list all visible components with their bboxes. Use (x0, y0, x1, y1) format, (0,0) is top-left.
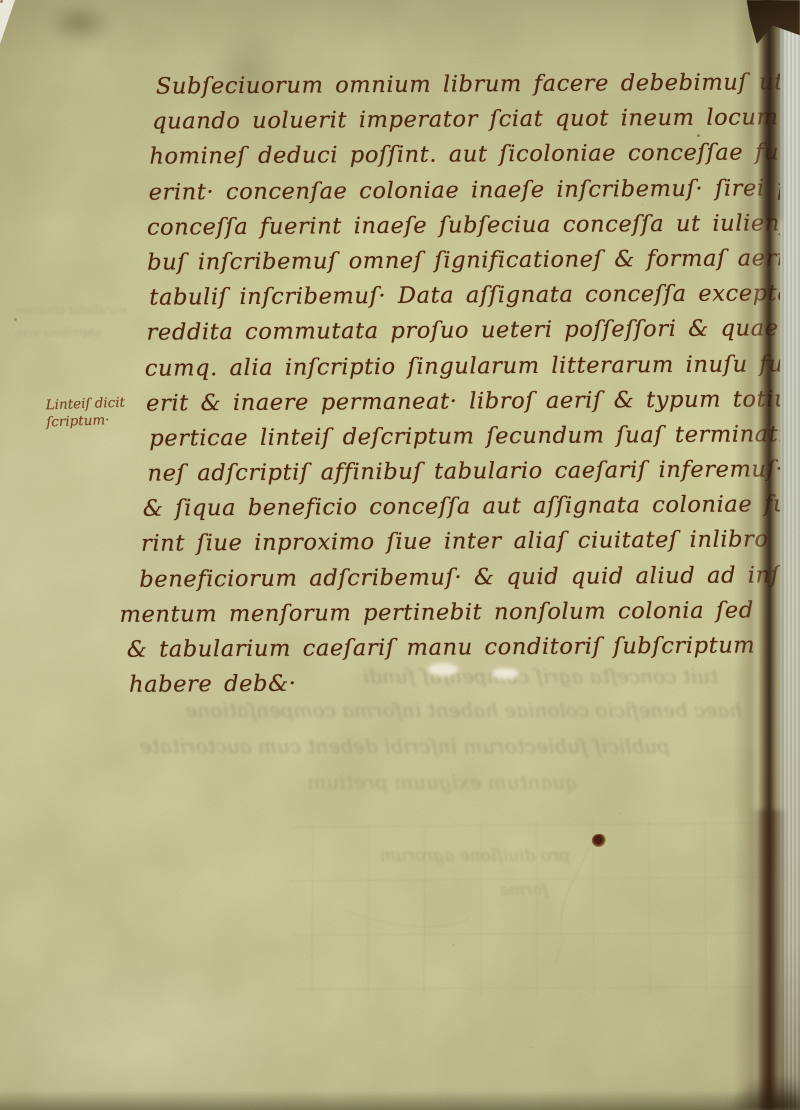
white-patch (428, 663, 458, 676)
manuscript-line: rint ſiue inproximo ſiue inter aliaſ ciu… (141, 523, 771, 563)
binding-gutter-bottom-shadow (738, 810, 790, 1110)
manuscript-line: Subſeciuorum omnium librum facere debebi… (156, 65, 768, 104)
white-patch (492, 668, 519, 679)
show-through-line: publiciſ ſubiectorum inſcribi debent cum… (200, 734, 670, 758)
manuscript-line: cumq. alia inſcriptio ſingularum littera… (145, 347, 770, 387)
grid-ghost-caption: forma (438, 880, 548, 899)
grid-ghost-diagram (285, 815, 775, 1000)
manuscript-line: & ſiqua beneficio conceſſa aut aſſignata… (143, 488, 771, 528)
bottom-edge-shadow (0, 1090, 800, 1110)
ink-specks (0, 0, 3, 3)
top-left-smudge (48, 2, 112, 44)
manuscript-line: reddita commutata proſuo ueteri poſſeſſo… (147, 312, 770, 352)
manuscript-line: neſ adſcriptiſ affinibuſ tabulario caeſa… (147, 452, 770, 492)
grid-ghost-caption: pro diuiſione agrorum (345, 846, 570, 866)
manuscript-line: quando uoluerit imperator ſciat quot ine… (152, 101, 768, 140)
manuscript-line: conceſſa fuerint inaeſe ſubſeciua conceſ… (147, 206, 769, 246)
manuscript-line: beneficiorum adſcribemuſ· & quid quid al… (139, 558, 771, 598)
manuscript-line: perticae linteiſ deſcriptum ſecundum ſua… (149, 417, 770, 457)
manuscript-line: buſ inſcribemuſ omneſ ſignificationeſ & … (147, 241, 769, 281)
manuscript-line: mentum menſorum pertinebit nonſolum colo… (119, 593, 771, 633)
main-text-block: Subſeciuorum omnium librum facere debebi… (0, 65, 772, 704)
bottom-right-binding-shadow (730, 1076, 800, 1110)
manuscript-line: erint· concenſae coloniae inaeſe inſcrib… (149, 171, 769, 211)
manuscript-line: & tabularium caeſariſ manu conditoriſ ſu… (127, 628, 772, 668)
manuscript-photo: pro diuiſione agrorum forma tuit conceſt… (0, 0, 800, 1110)
manuscript-line: erit & inaere permaneat· libroſ aeriſ & … (146, 382, 770, 422)
manuscript-line: homineſ deduci poſſint. aut ſicoloniae c… (149, 136, 768, 176)
show-through-line: quantum exiguum pretium (408, 770, 578, 794)
manuscript-line: tabuliſ inſcribemuſ· Data aſſignata conc… (149, 276, 769, 316)
